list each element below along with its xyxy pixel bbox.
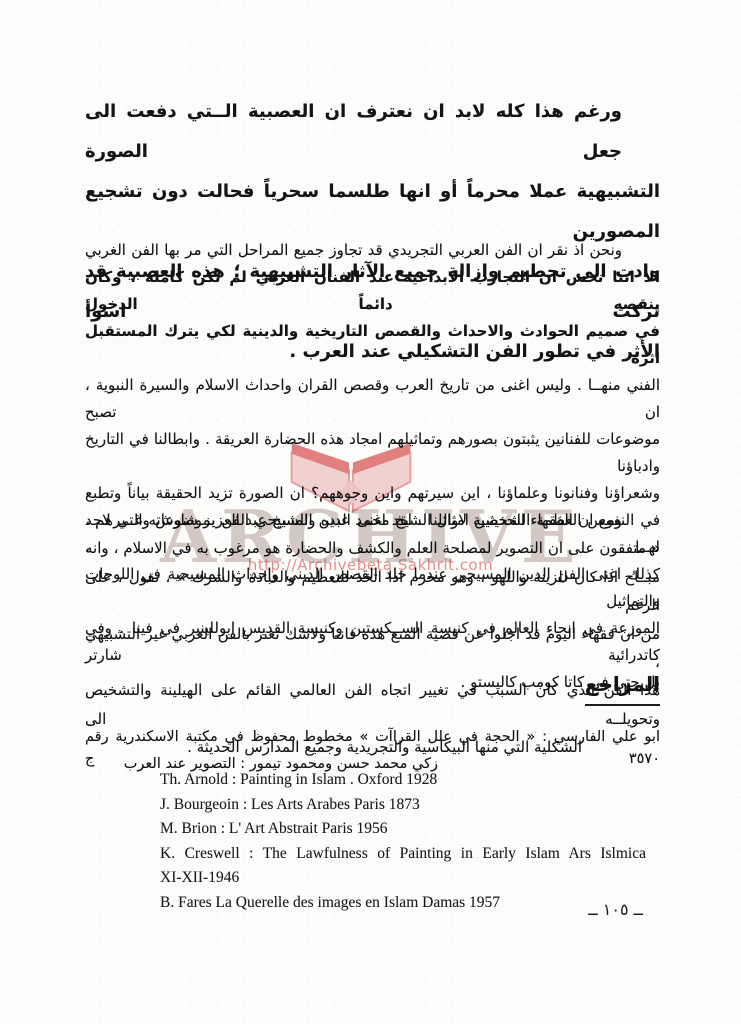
references-heading: المراجع — [585, 672, 660, 706]
reference-latin: J. Bourgeoin : Les Arts Arabes Paris 187… — [160, 793, 646, 818]
scanned-book-page: ورغم هذا كله لابد ان نعترف ان العصبية ال… — [0, 0, 741, 1024]
reference-latin: M. Brion : L' Art Abstrait Paris 1956 — [160, 817, 646, 842]
text-line: « متفقون على ان التصوير لمصلحة العلم وال… — [85, 534, 660, 562]
reference-latin: B. Fares La Querelle des images en Islam… — [160, 891, 646, 916]
reference-latin: K. Creswell : The Lawfulness of Painting… — [160, 842, 646, 867]
text-line: ورغم هذا كله لابد ان نعترف ان العصبية ال… — [85, 92, 660, 172]
text-line: ونحن اذ نقر ان الفن العربي التجريدي قد ت… — [85, 237, 660, 264]
reference-latin: Th. Arnold : Painting in Islam . Oxford … — [160, 768, 646, 793]
text-line: وشعراؤنا وفنانونا وعلماؤنا ، اين سيرتهم … — [85, 480, 660, 507]
text-line: ومع ان الفقهاء الحديثين امثال الشيخ محمد… — [85, 506, 660, 534]
text-line: موضوعات للفنانين يثبتون بصورهم وتماثيلهم… — [85, 426, 660, 480]
reference-latin: XI-XII-1946 — [160, 866, 646, 891]
text-line: في صميم الحوادث والاحداث والقصص التاريخي… — [85, 318, 660, 372]
text-line: من ان فقهاء اليوم قد اجلوا عن قضية المنع… — [85, 620, 660, 677]
text-line: هذا الفن الذي كان السبب في تغيير اتجاه ا… — [85, 676, 660, 733]
text-line: الا اننا نحس ان التجارب الابداعية عند ال… — [85, 264, 660, 318]
text-line: مبــاح اذا كان للزينة واللهو ، وهو محرم … — [85, 563, 660, 620]
references-latin-list: Th. Arnold : Painting in Islam . Oxford … — [160, 768, 646, 916]
page-number: ــ ١٠٥ ــ — [588, 900, 643, 919]
text-line: الفني منهــا . وليس اغنى من تاريخ العرب … — [85, 372, 660, 426]
paragraph: ومع ان الفقهاء الحديثين امثال الشيخ محمد… — [85, 506, 660, 762]
